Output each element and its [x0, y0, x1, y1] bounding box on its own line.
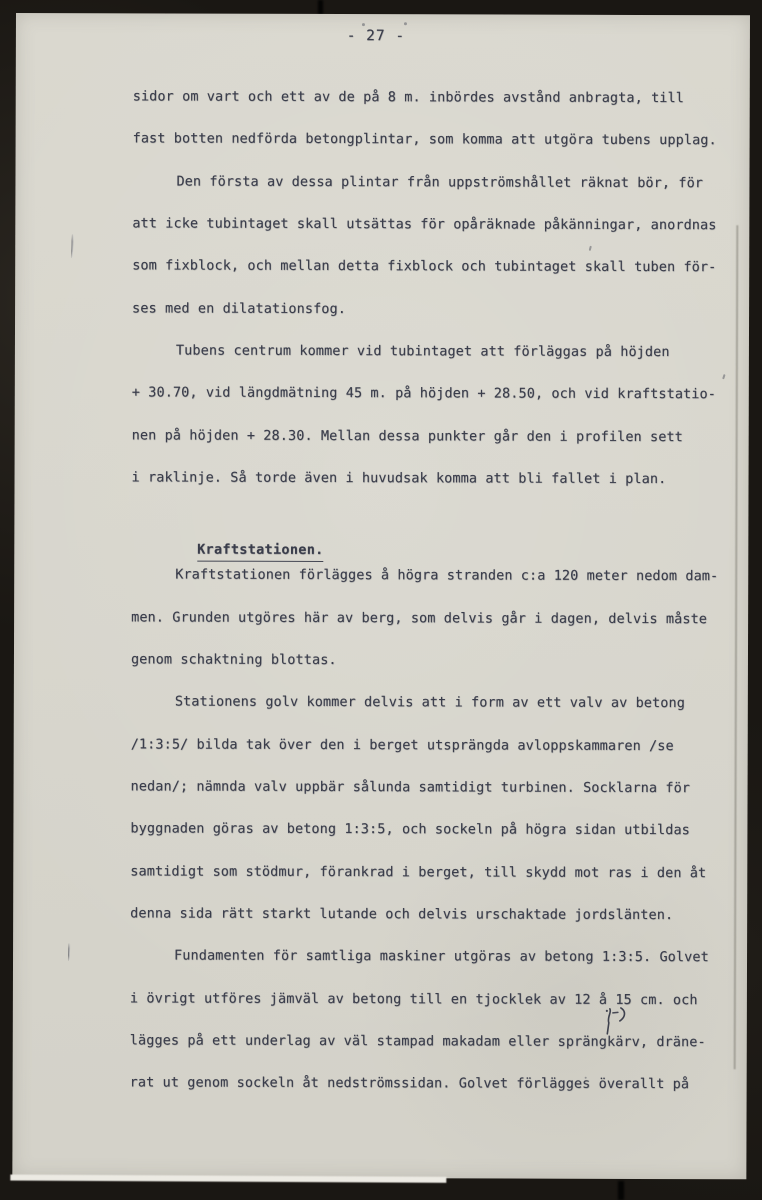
text-line: /1:3:5/ bilda tak över den i berget utsp…	[131, 736, 731, 780]
paper-speck	[585, 1077, 587, 1079]
binding-crease-top	[318, 0, 323, 15]
text-line: byggnaden göras av betong 1:3:5, och soc…	[130, 821, 730, 865]
paper-scratch-mark	[68, 943, 70, 961]
section-heading-row: Kraftstationen.	[131, 524, 731, 568]
text-line: Fundamenten för samtliga maskiner utgöra…	[130, 948, 730, 992]
text-line: som fixblock, och mellan detta fixblock …	[132, 258, 732, 302]
text-line: Den första av dessa plintar från uppströ…	[132, 173, 732, 217]
text-line: sidor om vart och ett av de på 8 m. inbö…	[133, 88, 733, 132]
text-line: men. Grunden utgöres här av berg, som de…	[131, 609, 731, 653]
text-line: fast botten nedförda betongplintar, som …	[132, 131, 732, 175]
section-heading: Kraftstationen.	[197, 542, 323, 563]
text-line: att icke tubintaget skall utsättas för o…	[132, 215, 732, 259]
text-line: samtidigt som stödmur, förankrad i berge…	[130, 863, 730, 907]
document-body: sidor om vart och ett av de på 8 m. inbö…	[130, 88, 733, 1119]
text-line: Tubens centrum kommer vid tubintaget att…	[132, 342, 732, 386]
document-page: - 27 - sidor om vart och ett av de på 8 …	[12, 13, 750, 1179]
text-line: nen på höjden + 28.30. Mellan dessa punk…	[132, 427, 732, 471]
scan-backdrop: - 27 - sidor om vart och ett av de på 8 …	[0, 0, 762, 1200]
paper-speck	[362, 23, 365, 26]
text-line: Kraftstationen förlägges å högra strande…	[131, 567, 731, 611]
binding-crease-bottom	[618, 1181, 624, 1200]
paper-speck	[404, 22, 407, 25]
text-line: lägges på ett underlag av väl stampad ma…	[130, 1032, 730, 1076]
paper-scratch-mark	[71, 234, 74, 258]
text-line: ses med en dilatationsfog.	[132, 300, 732, 344]
page-stack-edge	[10, 1175, 446, 1183]
page-edge-shadow	[734, 225, 739, 1069]
text-line: genom schaktning blottas.	[131, 651, 731, 695]
text-line: denna sida rätt starkt lutande och delvi…	[130, 905, 730, 949]
text-line: i övrigt utföres jämväl av betong till e…	[130, 990, 730, 1034]
handwritten-ink-mark	[601, 1006, 631, 1038]
text-line: i raklinje. Så torde även i huvudsak kom…	[131, 469, 731, 513]
text-line: Stationens golv kommer delvis att i form…	[131, 694, 731, 738]
text-line: rat ut genom sockeln åt nedströmssidan. …	[130, 1075, 730, 1119]
text-line: nedan/; nämnda valv uppbär sålunda samti…	[130, 778, 730, 822]
text-line: + 30.70, vid längdmätning 45 m. på höjde…	[132, 385, 732, 429]
page-number: - 27 -	[16, 27, 736, 45]
